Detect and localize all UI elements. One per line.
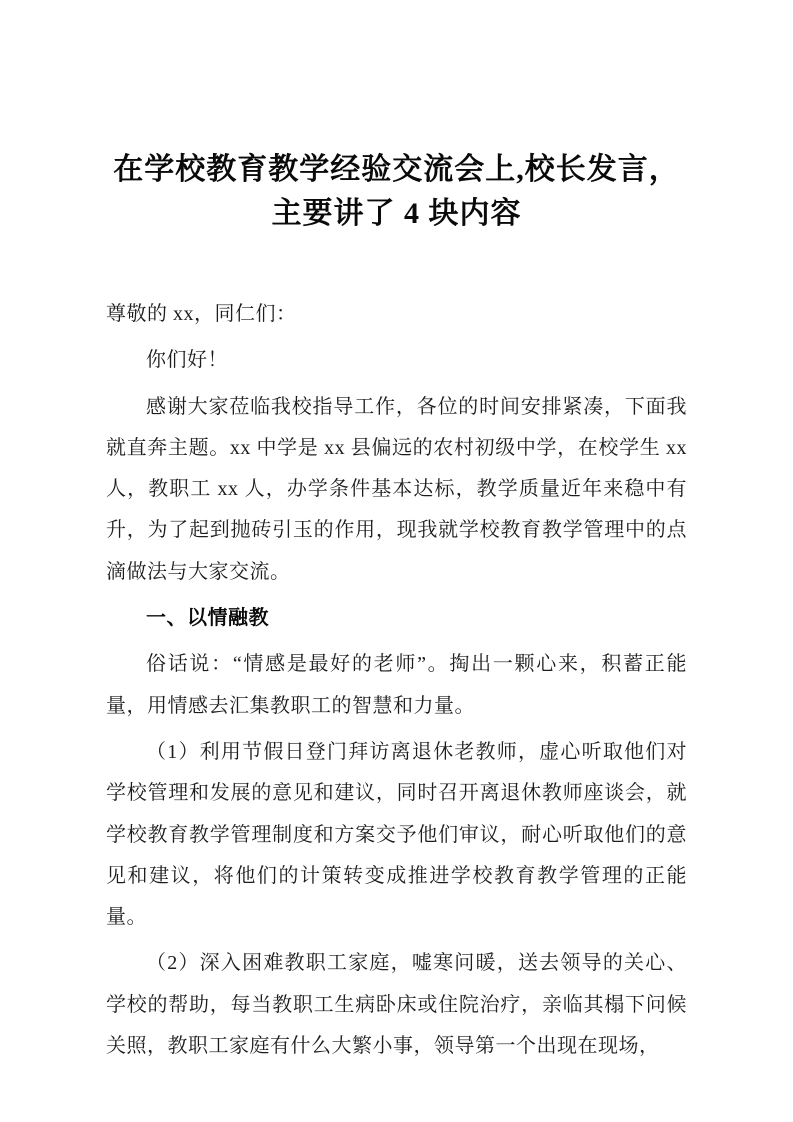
section-heading-1: 一、以情融教 [106,598,687,639]
paragraph-salutation: 尊敬的 xx，同仁们： [106,294,687,335]
paragraph-section-1-item-1: （1）利用节假日登门拜访离退休老教师，虚心听取他们对学校管理和发展的意见和建议，… [106,732,687,938]
document-title-line-2: 主要讲了 4 块内容 [106,192,687,236]
document-page: 在学校教育教学经验交流会上,校长发言， 主要讲了 4 块内容 尊敬的 xx，同仁… [0,0,793,1122]
document-title: 在学校教育教学经验交流会上,校长发言， 主要讲了 4 块内容 [106,148,687,236]
paragraph-section-1-item-2: （2）深入困难教职工家庭，嘘寒问暖，送去领导的关心、学校的帮助，每当教职工生病卧… [106,943,687,1067]
document-title-line-1: 在学校教育教学经验交流会上,校长发言， [106,148,687,192]
paragraph-intro: 感谢大家莅临我校指导工作，各位的时间安排紧凑，下面我就直奔主题。xx 中学是 x… [106,387,687,593]
paragraph-section-1-intro: 俗话说：“情感是最好的老师”。掏出一颗心来，积蓄正能量，用情感去汇集教职工的智慧… [106,644,687,727]
document-content: 在学校教育教学经验交流会上,校长发言， 主要讲了 4 块内容 尊敬的 xx，同仁… [0,0,793,1067]
paragraph-greeting: 你们好！ [106,340,687,381]
